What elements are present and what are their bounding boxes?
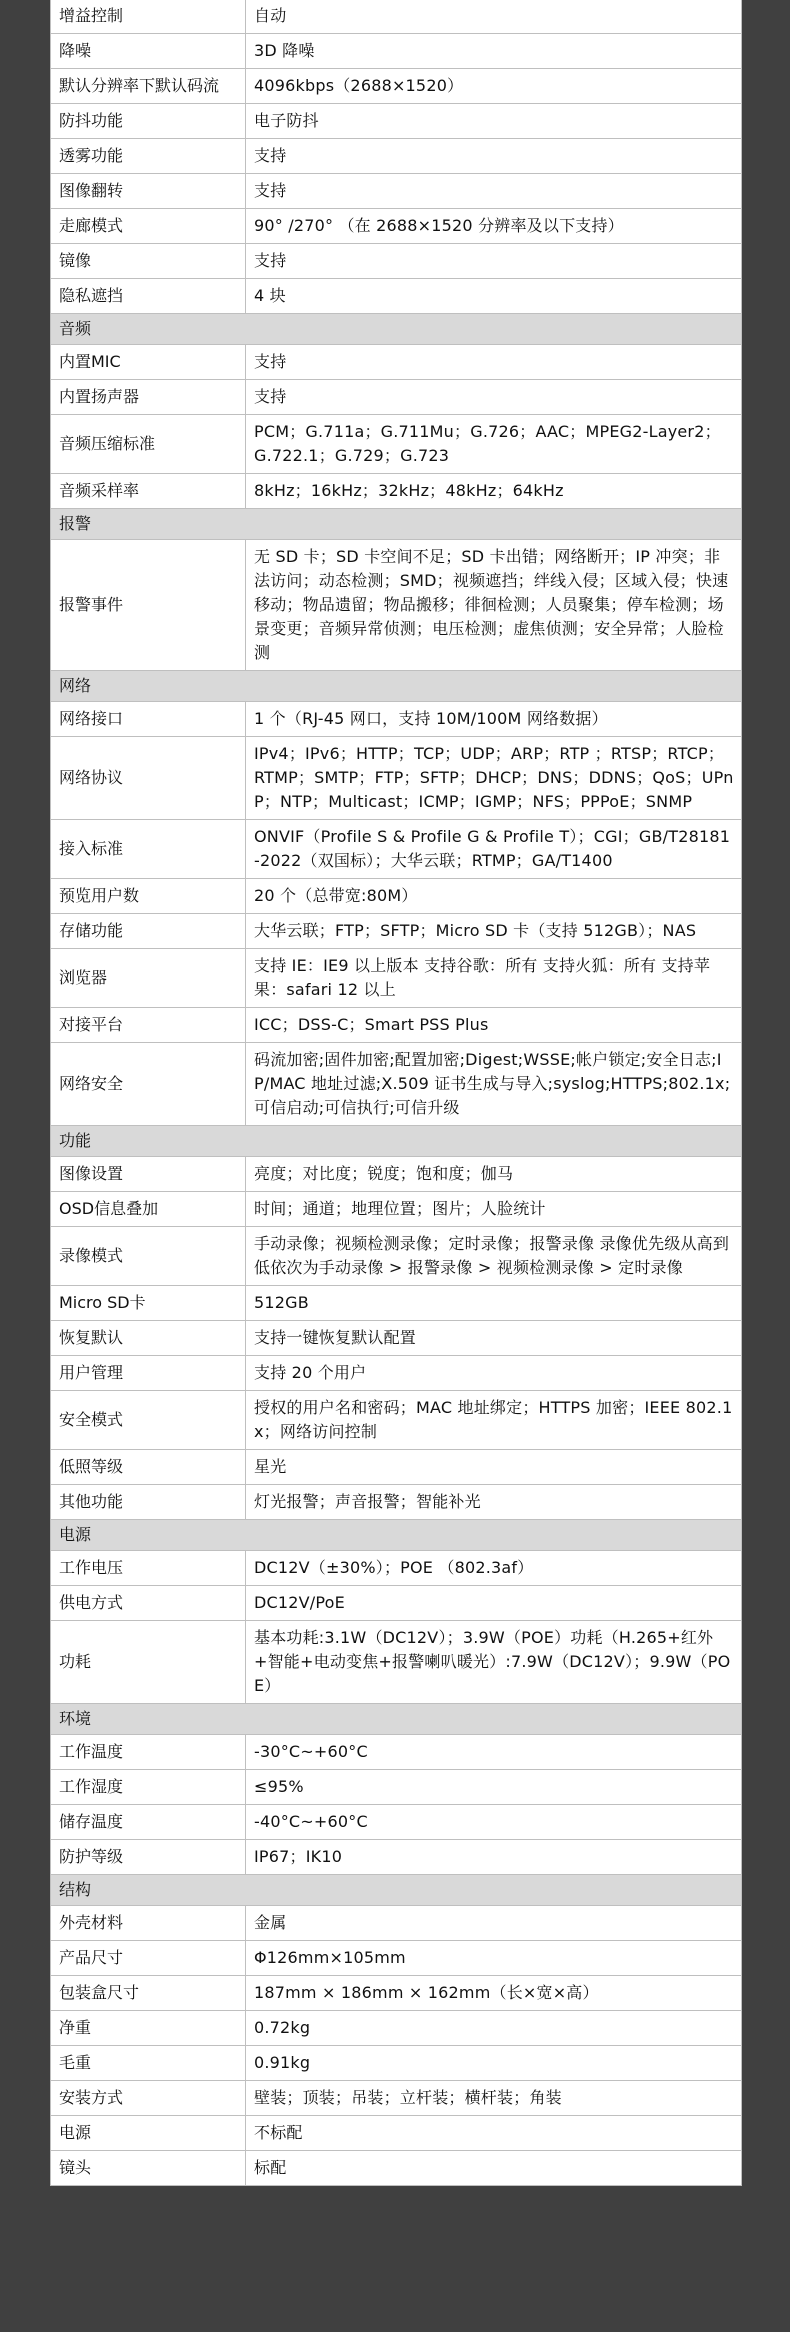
- section-header-alarm: 报警: [51, 509, 742, 540]
- spec-label: 浏览器: [51, 949, 246, 1008]
- spec-row-preview-users: 预览用户数20 个（总带宽:80M）: [51, 879, 742, 914]
- section-title: 网络: [51, 671, 742, 702]
- spec-value: 512GB: [246, 1286, 742, 1321]
- spec-value: 支持: [246, 345, 742, 380]
- spec-label: 镜像: [51, 244, 246, 279]
- spec-row-network-interface: 网络接口1 个（RJ-45 网口，支持 10M/100M 网络数据）: [51, 702, 742, 737]
- spec-label: 对接平台: [51, 1008, 246, 1043]
- spec-label: 毛重: [51, 2046, 246, 2081]
- spec-value: ICC；DSS-C；Smart PSS Plus: [246, 1008, 742, 1043]
- spec-row-lens: 镜头标配: [51, 2151, 742, 2186]
- spec-value: 无 SD 卡；SD 卡空间不足；SD 卡出错；网络断开；IP 冲突；非法访问；动…: [246, 540, 742, 671]
- spec-label: 音频压缩标准: [51, 415, 246, 474]
- spec-row-storage: 存储功能大华云联；FTP；SFTP；Micro SD 卡（支持 512GB）；N…: [51, 914, 742, 949]
- spec-value: 支持: [246, 380, 742, 415]
- spec-label: 增益控制: [51, 0, 246, 34]
- spec-label: 安全模式: [51, 1391, 246, 1450]
- section-header-functions: 功能: [51, 1126, 742, 1157]
- spec-row-product-dimensions: 产品尺寸Φ126mm×105mm: [51, 1941, 742, 1976]
- spec-value: 4 块: [246, 279, 742, 314]
- spec-row-network-protocols: 网络协议IPv4；IPv6；HTTP；TCP；UDP；ARP；RTP ；RTSP…: [51, 737, 742, 820]
- spec-value: 支持: [246, 174, 742, 209]
- spec-row-working-voltage: 工作电压DC12V（±30%）；POE （802.3af）: [51, 1551, 742, 1586]
- spec-label: 内置扬声器: [51, 380, 246, 415]
- spec-value: 大华云联；FTP；SFTP；Micro SD 卡（支持 512GB）；NAS: [246, 914, 742, 949]
- spec-label: 隐私遮挡: [51, 279, 246, 314]
- spec-label: OSD信息叠加: [51, 1192, 246, 1227]
- spec-label: 网络接口: [51, 702, 246, 737]
- spec-label: 产品尺寸: [51, 1941, 246, 1976]
- spec-value: -40°C~+60°C: [246, 1805, 742, 1840]
- spec-row-gross-weight: 毛重0.91kg: [51, 2046, 742, 2081]
- spec-row-builtin-speaker: 内置扬声器支持: [51, 380, 742, 415]
- spec-label: 安装方式: [51, 2081, 246, 2116]
- spec-row-installation: 安装方式壁装；顶装；吊装；立杆装；横杆装；角装: [51, 2081, 742, 2116]
- spec-label: 网络协议: [51, 737, 246, 820]
- spec-value: 支持: [246, 244, 742, 279]
- section-title: 音频: [51, 314, 742, 345]
- spec-label: 透雾功能: [51, 139, 246, 174]
- spec-value: 20 个（总带宽:80M）: [246, 879, 742, 914]
- spec-label: 默认分辨率下默认码流: [51, 69, 246, 104]
- spec-label: 工作电压: [51, 1551, 246, 1586]
- spec-row-restore-default: 恢复默认支持一键恢复默认配置: [51, 1321, 742, 1356]
- spec-row-recording-mode: 录像模式手动录像；视频检测录像；定时录像；报警录像 录像优先级从高到低依次为手动…: [51, 1227, 742, 1286]
- spec-label: 工作温度: [51, 1735, 246, 1770]
- spec-value: 支持一键恢复默认配置: [246, 1321, 742, 1356]
- spec-value: IP67；IK10: [246, 1840, 742, 1875]
- spec-label: 防抖功能: [51, 104, 246, 139]
- spec-value: PCM；G.711a；G.711Mu；G.726；AAC；MPEG2-Layer…: [246, 415, 742, 474]
- spec-label: 降噪: [51, 34, 246, 69]
- spec-value: ≤95%: [246, 1770, 742, 1805]
- spec-label: 录像模式: [51, 1227, 246, 1286]
- spec-row-default-bitrate: 默认分辨率下默认码流4096kbps（2688×1520）: [51, 69, 742, 104]
- spec-table-body: 增益控制自动 降噪3D 降噪 默认分辨率下默认码流4096kbps（2688×1…: [51, 0, 742, 2186]
- spec-value: 不标配: [246, 2116, 742, 2151]
- spec-row-low-light: 低照等级星光: [51, 1450, 742, 1485]
- spec-value: 0.72kg: [246, 2011, 742, 2046]
- section-title: 报警: [51, 509, 742, 540]
- spec-row-mirror: 镜像支持: [51, 244, 742, 279]
- spec-value: 亮度；对比度；锐度；饱和度；伽马: [246, 1157, 742, 1192]
- section-title: 环境: [51, 1704, 742, 1735]
- spec-value: 壁装；顶装；吊装；立杆装；横杆装；角装: [246, 2081, 742, 2116]
- spec-value: IPv4；IPv6；HTTP；TCP；UDP；ARP；RTP ；RTSP；RTC…: [246, 737, 742, 820]
- spec-label: 报警事件: [51, 540, 246, 671]
- spec-value: Φ126mm×105mm: [246, 1941, 742, 1976]
- spec-row-audio-sampling: 音频采样率8kHz；16kHz；32kHz；48kHz；64kHz: [51, 474, 742, 509]
- spec-label: 用户管理: [51, 1356, 246, 1391]
- spec-row-package-dimensions: 包装盒尺寸187mm × 186mm × 162mm（长×宽×高）: [51, 1976, 742, 2011]
- spec-label: 走廊模式: [51, 209, 246, 244]
- spec-row-stabilization: 防抖功能电子防抖: [51, 104, 742, 139]
- spec-label: 供电方式: [51, 1586, 246, 1621]
- spec-row-network-security: 网络安全码流加密;固件加密;配置加密;Digest;WSSE;帐户锁定;安全日志…: [51, 1043, 742, 1126]
- spec-row-image-flip: 图像翻转支持: [51, 174, 742, 209]
- section-title: 电源: [51, 1520, 742, 1551]
- spec-row-image-settings: 图像设置亮度；对比度；锐度；饱和度；伽马: [51, 1157, 742, 1192]
- spec-row-operating-temp: 工作温度-30°C~+60°C: [51, 1735, 742, 1770]
- spec-value: 90° /270° （在 2688×1520 分辨率及以下支持）: [246, 209, 742, 244]
- spec-row-power-supply: 供电方式DC12V/PoE: [51, 1586, 742, 1621]
- spec-value: 支持: [246, 139, 742, 174]
- section-header-network: 网络: [51, 671, 742, 702]
- spec-label: 储存温度: [51, 1805, 246, 1840]
- spec-label: 网络安全: [51, 1043, 246, 1126]
- spec-row-user-management: 用户管理支持 20 个用户: [51, 1356, 742, 1391]
- spec-label: 工作湿度: [51, 1770, 246, 1805]
- spec-label: 其他功能: [51, 1485, 246, 1520]
- spec-row-osd-overlay: OSD信息叠加时间；通道；地理位置；图片；人脸统计: [51, 1192, 742, 1227]
- spec-row-operating-humidity: 工作湿度≤95%: [51, 1770, 742, 1805]
- spec-label: 电源: [51, 2116, 246, 2151]
- spec-label: 防护等级: [51, 1840, 246, 1875]
- section-header-environment: 环境: [51, 1704, 742, 1735]
- spec-value: 自动: [246, 0, 742, 34]
- section-header-structure: 结构: [51, 1875, 742, 1906]
- section-header-audio: 音频: [51, 314, 742, 345]
- spec-row-net-weight: 净重0.72kg: [51, 2011, 742, 2046]
- spec-label: 图像设置: [51, 1157, 246, 1192]
- spec-label: 低照等级: [51, 1450, 246, 1485]
- spec-value: DC12V/PoE: [246, 1586, 742, 1621]
- spec-value: 支持 20 个用户: [246, 1356, 742, 1391]
- spec-label: 外壳材料: [51, 1906, 246, 1941]
- spec-value: 灯光报警；声音报警；智能补光: [246, 1485, 742, 1520]
- spec-value: -30°C~+60°C: [246, 1735, 742, 1770]
- spec-value: 8kHz；16kHz；32kHz；48kHz；64kHz: [246, 474, 742, 509]
- spec-row-alarm-events: 报警事件无 SD 卡；SD 卡空间不足；SD 卡出错；网络断开；IP 冲突；非法…: [51, 540, 742, 671]
- spec-value: 3D 降噪: [246, 34, 742, 69]
- section-header-power: 电源: [51, 1520, 742, 1551]
- spec-value: 手动录像；视频检测录像；定时录像；报警录像 录像优先级从高到低依次为手动录像 >…: [246, 1227, 742, 1286]
- spec-value: 1 个（RJ-45 网口，支持 10M/100M 网络数据）: [246, 702, 742, 737]
- spec-label: Micro SD卡: [51, 1286, 246, 1321]
- spec-row-storage-temp: 储存温度-40°C~+60°C: [51, 1805, 742, 1840]
- spec-table: 增益控制自动 降噪3D 降噪 默认分辨率下默认码流4096kbps（2688×1…: [50, 0, 742, 2186]
- section-title: 结构: [51, 1875, 742, 1906]
- spec-label: 包装盒尺寸: [51, 1976, 246, 2011]
- spec-row-privacy-mask: 隐私遮挡4 块: [51, 279, 742, 314]
- spec-row-gain-control: 增益控制自动: [51, 0, 742, 34]
- spec-value: ONVIF（Profile S & Profile G & Profile T）…: [246, 820, 742, 879]
- spec-row-platforms: 对接平台ICC；DSS-C；Smart PSS Plus: [51, 1008, 742, 1043]
- spec-label: 镜头: [51, 2151, 246, 2186]
- spec-value: 电子防抖: [246, 104, 742, 139]
- spec-value: 码流加密;固件加密;配置加密;Digest;WSSE;帐户锁定;安全日志;IP/…: [246, 1043, 742, 1126]
- spec-label: 音频采样率: [51, 474, 246, 509]
- spec-row-noise-reduction: 降噪3D 降噪: [51, 34, 742, 69]
- spec-value: 0.91kg: [246, 2046, 742, 2081]
- spec-label: 接入标准: [51, 820, 246, 879]
- spec-value: 星光: [246, 1450, 742, 1485]
- spec-value: DC12V（±30%）；POE （802.3af）: [246, 1551, 742, 1586]
- spec-label: 图像翻转: [51, 174, 246, 209]
- spec-row-housing-material: 外壳材料金属: [51, 1906, 742, 1941]
- spec-value: 支持 IE：IE9 以上版本 支持谷歌：所有 支持火狐：所有 支持苹果：safa…: [246, 949, 742, 1008]
- spec-row-power-adapter: 电源不标配: [51, 2116, 742, 2151]
- spec-row-security-mode: 安全模式授权的用户名和密码；MAC 地址绑定；HTTPS 加密；IEEE 802…: [51, 1391, 742, 1450]
- spec-label: 内置MIC: [51, 345, 246, 380]
- spec-row-micro-sd: Micro SD卡512GB: [51, 1286, 742, 1321]
- spec-row-browser: 浏览器支持 IE：IE9 以上版本 支持谷歌：所有 支持火狐：所有 支持苹果：s…: [51, 949, 742, 1008]
- spec-value: 授权的用户名和密码；MAC 地址绑定；HTTPS 加密；IEEE 802.1x；…: [246, 1391, 742, 1450]
- spec-label: 净重: [51, 2011, 246, 2046]
- spec-value: 187mm × 186mm × 162mm（长×宽×高）: [246, 1976, 742, 2011]
- spec-row-corridor-mode: 走廊模式90° /270° （在 2688×1520 分辨率及以下支持）: [51, 209, 742, 244]
- spec-value: 4096kbps（2688×1520）: [246, 69, 742, 104]
- spec-row-power-consumption: 功耗基本功耗:3.1W（DC12V）；3.9W（POE）功耗（H.265+红外+…: [51, 1621, 742, 1704]
- spec-value: 标配: [246, 2151, 742, 2186]
- spec-row-protection-level: 防护等级IP67；IK10: [51, 1840, 742, 1875]
- spec-row-other-functions: 其他功能灯光报警；声音报警；智能补光: [51, 1485, 742, 1520]
- spec-row-access-standards: 接入标准ONVIF（Profile S & Profile G & Profil…: [51, 820, 742, 879]
- spec-row-audio-compression: 音频压缩标准PCM；G.711a；G.711Mu；G.726；AAC；MPEG2…: [51, 415, 742, 474]
- spec-label: 存储功能: [51, 914, 246, 949]
- spec-row-defog: 透雾功能支持: [51, 139, 742, 174]
- spec-label: 预览用户数: [51, 879, 246, 914]
- spec-value: 时间；通道；地理位置；图片；人脸统计: [246, 1192, 742, 1227]
- spec-value: 基本功耗:3.1W（DC12V）；3.9W（POE）功耗（H.265+红外+智能…: [246, 1621, 742, 1704]
- spec-label: 功耗: [51, 1621, 246, 1704]
- spec-value: 金属: [246, 1906, 742, 1941]
- spec-row-builtin-mic: 内置MIC支持: [51, 345, 742, 380]
- section-title: 功能: [51, 1126, 742, 1157]
- spec-label: 恢复默认: [51, 1321, 246, 1356]
